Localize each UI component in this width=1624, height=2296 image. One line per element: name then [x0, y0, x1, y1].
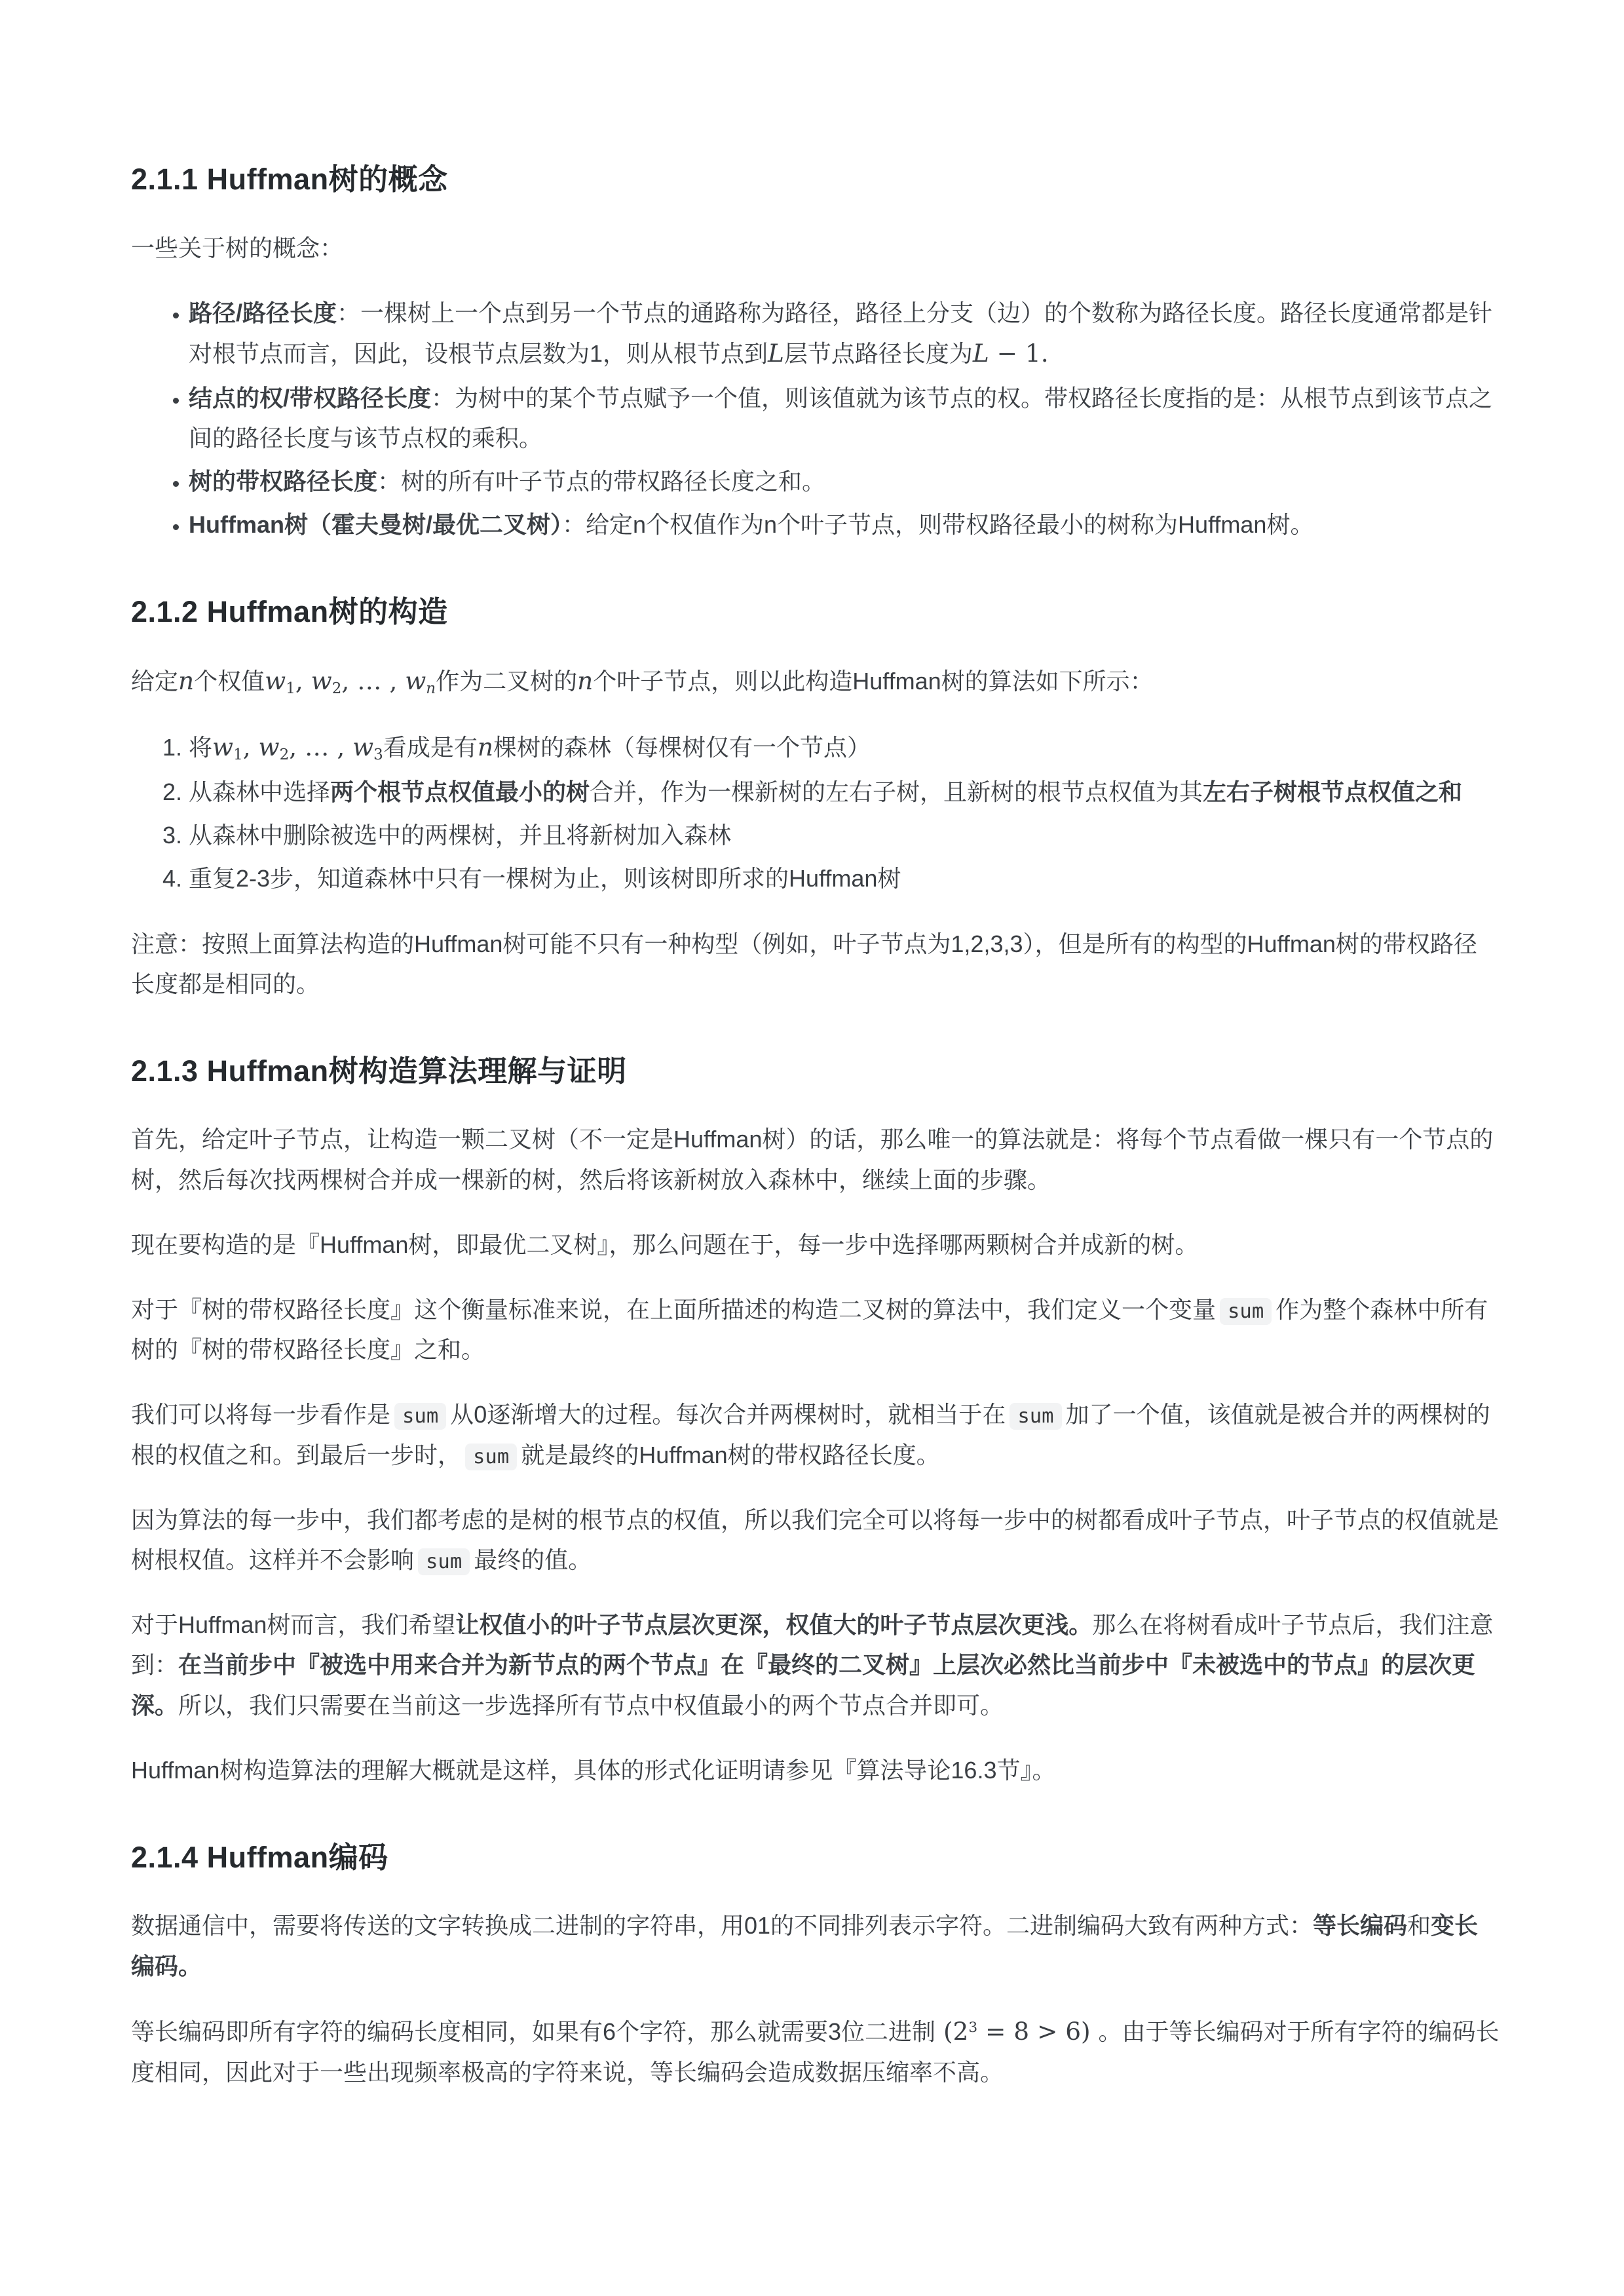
- text-run: 从0逐渐增大的过程。每次合并两棵树时，就相当于在: [450, 1401, 1006, 1428]
- math-run: ,: [243, 733, 259, 761]
- ordered-list: 将w1, w2, … , w3看成是有n棵树的森林（每棵树仅有一个节点）从森林中…: [131, 727, 1500, 898]
- text-run: 合并，作为一棵新树的左右子树，且新树的根节点权值为其: [590, 778, 1203, 805]
- text-run: 注意：按照上面算法构造的Huffman树可能不只有一种构型（例如，叶子节点为1,…: [131, 930, 1477, 997]
- paragraph: 给定n个权值w1, w2, … , wn作为二叉树的n个叶子节点，则以此构造Hu…: [131, 660, 1500, 702]
- document-page: 2.1.1 Huffman树的概念一些关于树的概念：路径/路径长度：一棵树上一个…: [0, 0, 1624, 2196]
- bold-text-run: 等长编码: [1313, 1912, 1407, 1939]
- text-run: 棵树的森林（每棵树仅有一个节点）: [493, 734, 871, 761]
- math-run: ,: [295, 666, 311, 695]
- bold-text-run: 左右子树根节点权值之和: [1203, 778, 1462, 805]
- inline-code: sum: [418, 1548, 470, 1575]
- text-run: 作为二叉树的: [436, 668, 577, 695]
- paragraph: 等长编码即所有字符的编码长度相同，如果有6个字符，那么就需要3位二进制 (23 …: [131, 2011, 1500, 2093]
- text-run: 重复2-3步，知道森林中只有一棵树为止，则该树即所求的Huffman树: [189, 865, 901, 892]
- paragraph: 对于『树的带权路径长度』这个衡量标准来说，在上面所描述的构造二叉树的算法中，我们…: [131, 1290, 1500, 1369]
- paragraph: 对于Huffman树而言，我们希望让权值小的叶子节点层次更深，权值大的叶子节点层…: [131, 1605, 1500, 1725]
- list-item: 从森林中选择两个根节点权值最小的树合并，作为一棵新树的左右子树，且新树的根节点权…: [189, 772, 1500, 812]
- math-run: , … ,: [341, 666, 405, 695]
- math-run: 2: [280, 746, 290, 763]
- text-run: 从森林中删除被选中的两棵树，并且将新树加入森林: [189, 822, 731, 849]
- text-run: 最终的值。: [474, 1546, 592, 1573]
- text-run: 数据通信中，需要将传送的文字转换成二进制的字符串，用01的不同排列表示字符。二进…: [131, 1912, 1313, 1939]
- math-run: w: [212, 733, 233, 761]
- paragraph: 数据通信中，需要将传送的文字转换成二进制的字符串，用01的不同排列表示字符。二进…: [131, 1905, 1500, 1985]
- paragraph: 首先，给定叶子节点，让构造一颗二叉树（不一定是Huffman树）的话，那么唯一的…: [131, 1119, 1500, 1199]
- bold-text-run: 结点的权/带权路径长度: [189, 385, 431, 411]
- text-run: 对于Huffman树而言，我们希望: [131, 1611, 455, 1638]
- inline-code: sum: [1010, 1403, 1061, 1430]
- math-run: , … ,: [289, 733, 352, 761]
- text-run: 个权值: [194, 668, 265, 695]
- paragraph: 我们可以将每一步看作是sum从0逐渐增大的过程。每次合并两棵树时，就相当于在su…: [131, 1394, 1500, 1474]
- text-run: 等长编码即所有字符的编码长度相同，如果有6个字符，那么就需要3位二进制: [131, 2018, 935, 2045]
- math-run: w: [265, 666, 286, 695]
- text-run: 从森林中选择: [189, 778, 330, 805]
- math-run: = 8 > 6): [977, 2017, 1098, 2046]
- list-item: 路径/路径长度：一棵树上一个点到另一个节点的通路称为路径，路径上分支（边）的个数…: [189, 293, 1500, 375]
- bold-text-run: 两个根节点权值最小的树: [330, 778, 590, 805]
- math-run: L: [768, 339, 784, 368]
- text-run: 层节点路径长度为: [784, 340, 973, 367]
- section-heading-2-1-1: 2.1.1 Huffman树的概念: [131, 161, 1500, 199]
- text-run: 看成是有: [383, 734, 478, 761]
- text-run: 首先，给定叶子节点，让构造一颗二叉树（不一定是Huffman树）的话，那么唯一的…: [131, 1126, 1493, 1193]
- math-run: w: [405, 666, 426, 695]
- bold-text-run: 树的带权路径长度: [189, 468, 377, 495]
- math-run: n: [478, 733, 493, 761]
- math-run: w: [311, 666, 332, 695]
- math-run: (2: [935, 2017, 968, 2046]
- list-item: 结点的权/带权路径长度：为树中的某个节点赋予一个值，则该值就为该节点的权。带权路…: [189, 378, 1500, 458]
- inline-code: sum: [465, 1444, 517, 1470]
- text-run: 现在要构造的是『Huffman树，即最优二叉树』，那么问题在于，每一步中选择哪两…: [131, 1231, 1198, 1258]
- bold-text-run: 路径/路径长度: [189, 299, 337, 326]
- inline-code: sum: [1220, 1298, 1272, 1325]
- section-heading-2-1-2: 2.1.2 Huffman树的构造: [131, 593, 1500, 632]
- text-run: ：给定n个权值作为n个叶子节点，则带权路径最小的树称为Huffman树。: [562, 511, 1313, 538]
- list-item: 重复2-3步，知道森林中只有一棵树为止，则该树即所求的Huffman树: [189, 858, 1500, 898]
- math-run: 3: [373, 746, 383, 763]
- text-run: 对于『树的带权路径长度』这个衡量标准来说，在上面所描述的构造二叉树的算法中，我们…: [131, 1296, 1216, 1323]
- text-run: Huffman树构造算法的理解大概就是这样，具体的形式化证明请参见『算法导论16…: [131, 1757, 1055, 1784]
- bold-text-run: 让权值小的叶子节点层次更深，权值大的叶子节点层次更浅。: [455, 1611, 1092, 1638]
- document-body: 2.1.1 Huffman树的概念一些关于树的概念：路径/路径长度：一棵树上一个…: [0, 0, 1624, 2196]
- math-run: n: [178, 666, 194, 695]
- paragraph: 现在要构造的是『Huffman树，即最优二叉树』，那么问题在于，每一步中选择哪两…: [131, 1225, 1500, 1265]
- bullet-list: 路径/路径长度：一棵树上一个点到另一个节点的通路称为路径，路径上分支（边）的个数…: [131, 293, 1500, 545]
- math-run: 1: [286, 680, 295, 697]
- text-run: 我们可以将每一步看作是: [131, 1401, 390, 1428]
- text-run: 个叶子节点，则以此构造Huffman树的算法如下所示：: [593, 668, 1153, 695]
- text-run: 将: [189, 734, 212, 761]
- paragraph: 因为算法的每一步中，我们都考虑的是树的根节点的权值，所以我们完全可以将每一步中的…: [131, 1500, 1500, 1580]
- paragraph: 注意：按照上面算法构造的Huffman树可能不只有一种构型（例如，叶子节点为1,…: [131, 924, 1500, 1004]
- text-run: 所以，我们只需要在当前这一步选择所有节点中权值最小的两个节点合并即可。: [178, 1692, 1004, 1719]
- math-run: n: [426, 680, 436, 697]
- text-run: 给定: [131, 668, 178, 695]
- math-run: − 1.: [989, 339, 1049, 368]
- section-heading-2-1-3: 2.1.3 Huffman树构造算法理解与证明: [131, 1052, 1500, 1091]
- bold-text-run: Huffman树（霍夫曼树/最优二叉树）: [189, 511, 562, 538]
- paragraph: 一些关于树的概念：: [131, 228, 1500, 268]
- text-run: 就是最终的Huffman树的带权路径长度。: [521, 1442, 939, 1468]
- math-run: 1: [233, 746, 243, 763]
- list-item: Huffman树（霍夫曼树/最优二叉树）：给定n个权值作为n个叶子节点，则带权路…: [189, 505, 1500, 545]
- inline-code: sum: [394, 1403, 446, 1430]
- section-heading-2-1-4: 2.1.4 Huffman编码: [131, 1839, 1500, 1877]
- text-run: 因为算法的每一步中，我们都考虑的是树的根节点的权值，所以我们完全可以将每一步中的…: [131, 1506, 1499, 1573]
- math-run: n: [577, 666, 593, 695]
- list-item: 将w1, w2, … , w3看成是有n棵树的森林（每棵树仅有一个节点）: [189, 727, 1500, 769]
- math-run: w: [259, 733, 280, 761]
- text-run: ：树的所有叶子节点的带权路径长度之和。: [377, 468, 825, 495]
- text-run: 和: [1407, 1912, 1431, 1939]
- paragraph: Huffman树构造算法的理解大概就是这样，具体的形式化证明请参见『算法导论16…: [131, 1750, 1500, 1790]
- math-run: 3: [968, 2019, 977, 2036]
- math-run: 2: [332, 680, 342, 697]
- math-run: L: [973, 339, 989, 368]
- text-run: 一些关于树的概念：: [131, 235, 343, 261]
- list-item: 树的带权路径长度：树的所有叶子节点的带权路径长度之和。: [189, 461, 1500, 501]
- math-run: w: [352, 733, 373, 761]
- list-item: 从森林中删除被选中的两棵树，并且将新树加入森林: [189, 815, 1500, 855]
